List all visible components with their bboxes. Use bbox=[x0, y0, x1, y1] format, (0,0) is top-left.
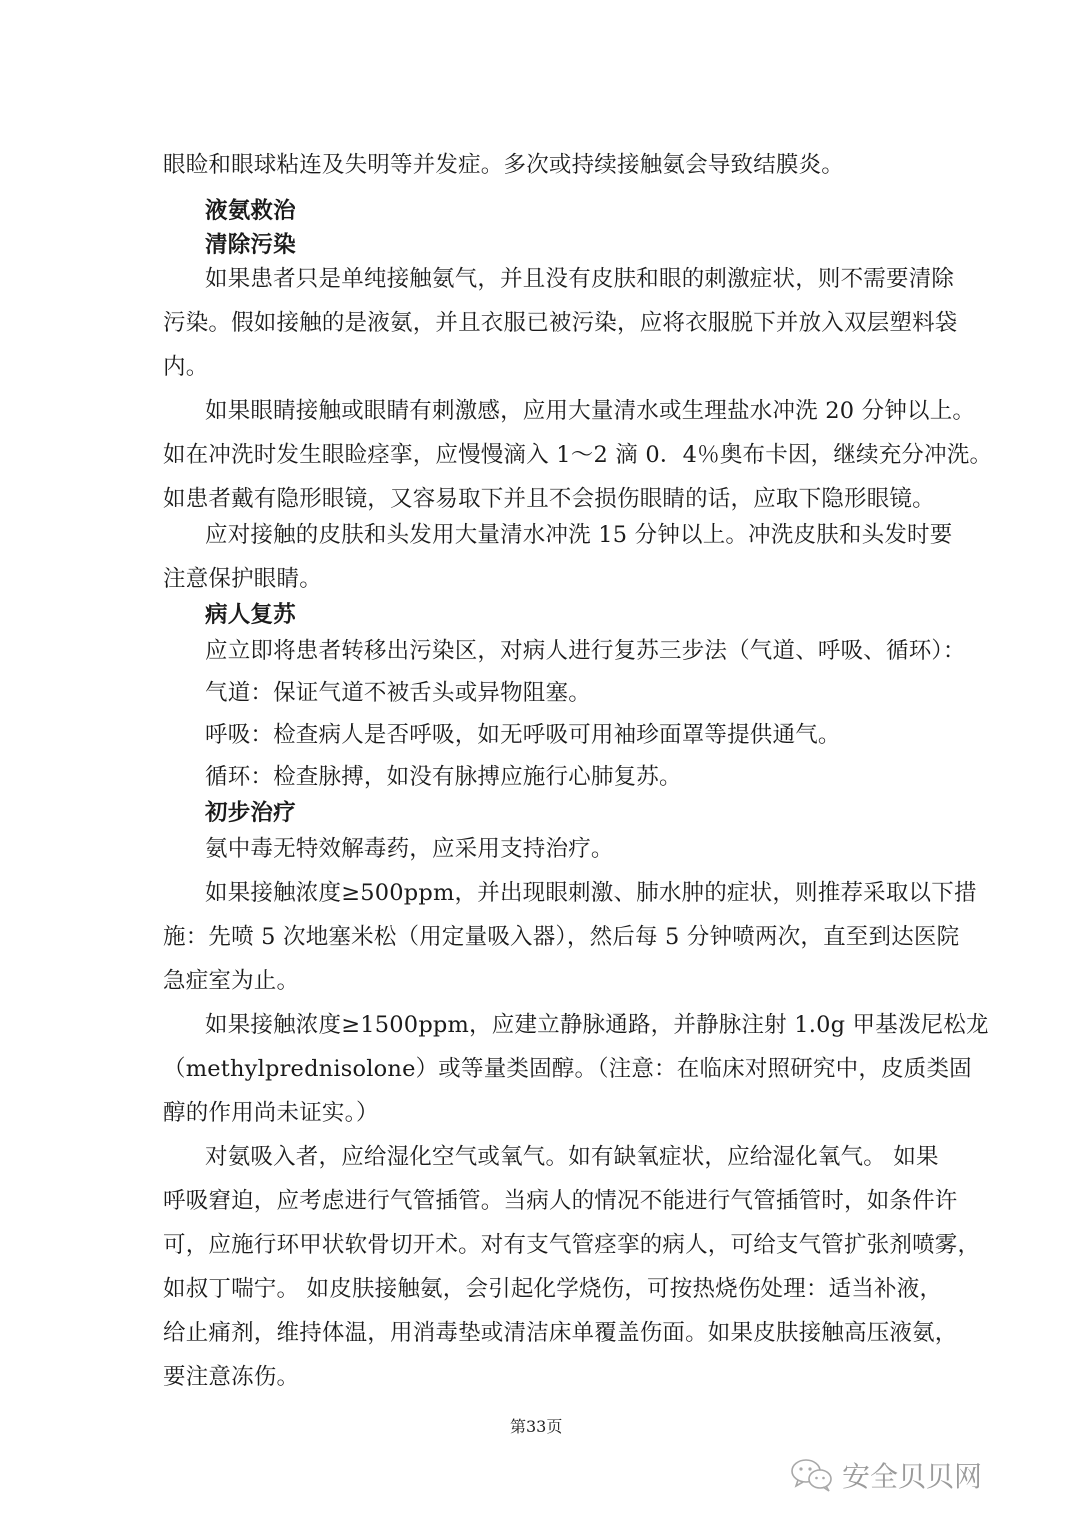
text-line: 注意保护眼睛。 bbox=[163, 564, 322, 594]
text-line: 内。 bbox=[163, 352, 208, 382]
text-line: 氨中毒无特效解毒药，应采用支持治疗。 bbox=[205, 834, 614, 864]
text-line: 给止痛剂，维持体温，用消毒垫或清洁床单覆盖伤面。如果皮肤接触高压液氨， bbox=[163, 1318, 958, 1348]
section-heading: 病人复苏 bbox=[205, 600, 296, 630]
text-line: 呼吸窘迫，应考虑进行气管插管。当病人的情况不能进行气管插管时，如条件许 bbox=[163, 1186, 958, 1216]
text-line: 如果患者只是单纯接触氨气，并且没有皮肤和眼的刺激症状，则不需要清除 bbox=[205, 264, 954, 294]
text-line: （methylprednisolone）或等量类固醇。（注意：在临床对照研究中，… bbox=[163, 1054, 972, 1084]
watermark: 安全贝贝网 bbox=[790, 1455, 982, 1495]
text-line: 对氨吸入者，应给湿化空气或氧气。如有缺氧症状，应给湿化氧气。 如果 bbox=[205, 1142, 939, 1172]
text-line: 醇的作用尚未证实。） bbox=[163, 1098, 379, 1128]
text-line: 可，应施行环甲状软骨切开术。对有支气管痉挛的病人，可给支气管扩张剂喷雾， bbox=[163, 1230, 980, 1260]
text-line: 应对接触的皮肤和头发用大量清水冲洗 15 分钟以上。冲洗皮肤和头发时要 bbox=[205, 520, 952, 550]
section-heading: 清除污染 bbox=[205, 230, 296, 260]
text-line: 眼睑和眼球粘连及失明等并发症。多次或持续接触氨会导致结膜炎。 bbox=[163, 150, 844, 180]
wechat-icon bbox=[790, 1458, 834, 1492]
text-line: 气道：保证气道不被舌头或异物阻塞。 bbox=[205, 678, 591, 708]
text-line: 如在冲洗时发生眼睑痉挛，应慢慢滴入 1～2 滴 0．4％奥布卡因，继续充分冲洗。 bbox=[163, 440, 992, 470]
section-heading: 液氨救治 bbox=[205, 196, 296, 226]
watermark-text: 安全贝贝网 bbox=[842, 1455, 982, 1495]
text-line: 循环：检查脉搏，如没有脉搏应施行心肺复苏。 bbox=[205, 762, 682, 792]
text-line: 如果眼睛接触或眼睛有刺激感，应用大量清水或生理盐水冲洗 20 分钟以上。 bbox=[205, 396, 975, 426]
text-line: 如果接触浓度≥500ppm，并出现眼刺激、肺水肿的症状，则推荐采取以下措 bbox=[205, 878, 977, 908]
text-line: 施：先喷 5 次地塞米松（用定量吸入器），然后每 5 分钟喷两次，直至到达医院 bbox=[163, 922, 959, 952]
text-line: 急症室为止。 bbox=[163, 966, 299, 996]
text-line: 如叔丁喘宁。 如皮肤接触氨，会引起化学烧伤，可按热烧伤处理：适当补液， bbox=[163, 1274, 942, 1304]
text-line: 如患者戴有隐形眼镜，又容易取下并且不会损伤眼睛的话，应取下隐形眼镜。 bbox=[163, 484, 935, 514]
text-line: 应立即将患者转移出污染区，对病人进行复苏三步法（气道、呼吸、循环）： bbox=[205, 636, 966, 666]
text-line: 污染。假如接触的是液氨，并且衣服已被污染，应将衣服脱下并放入双层塑料袋 bbox=[163, 308, 958, 338]
section-heading: 初步治疗 bbox=[205, 798, 296, 828]
page-number: 第33页 bbox=[510, 1414, 562, 1437]
text-line: 呼吸：检查病人是否呼吸，如无呼吸可用袖珍面罩等提供通气。 bbox=[205, 720, 841, 750]
text-line: 如果接触浓度≥1500ppm，应建立静脉通路，并静脉注射 1.0g 甲基泼尼松龙 bbox=[205, 1010, 989, 1040]
document-page: 眼睑和眼球粘连及失明等并发症。多次或持续接触氨会导致结膜炎。液氨救治清除污染如果… bbox=[0, 0, 1080, 1527]
text-line: 要注意冻伤。 bbox=[163, 1362, 299, 1392]
